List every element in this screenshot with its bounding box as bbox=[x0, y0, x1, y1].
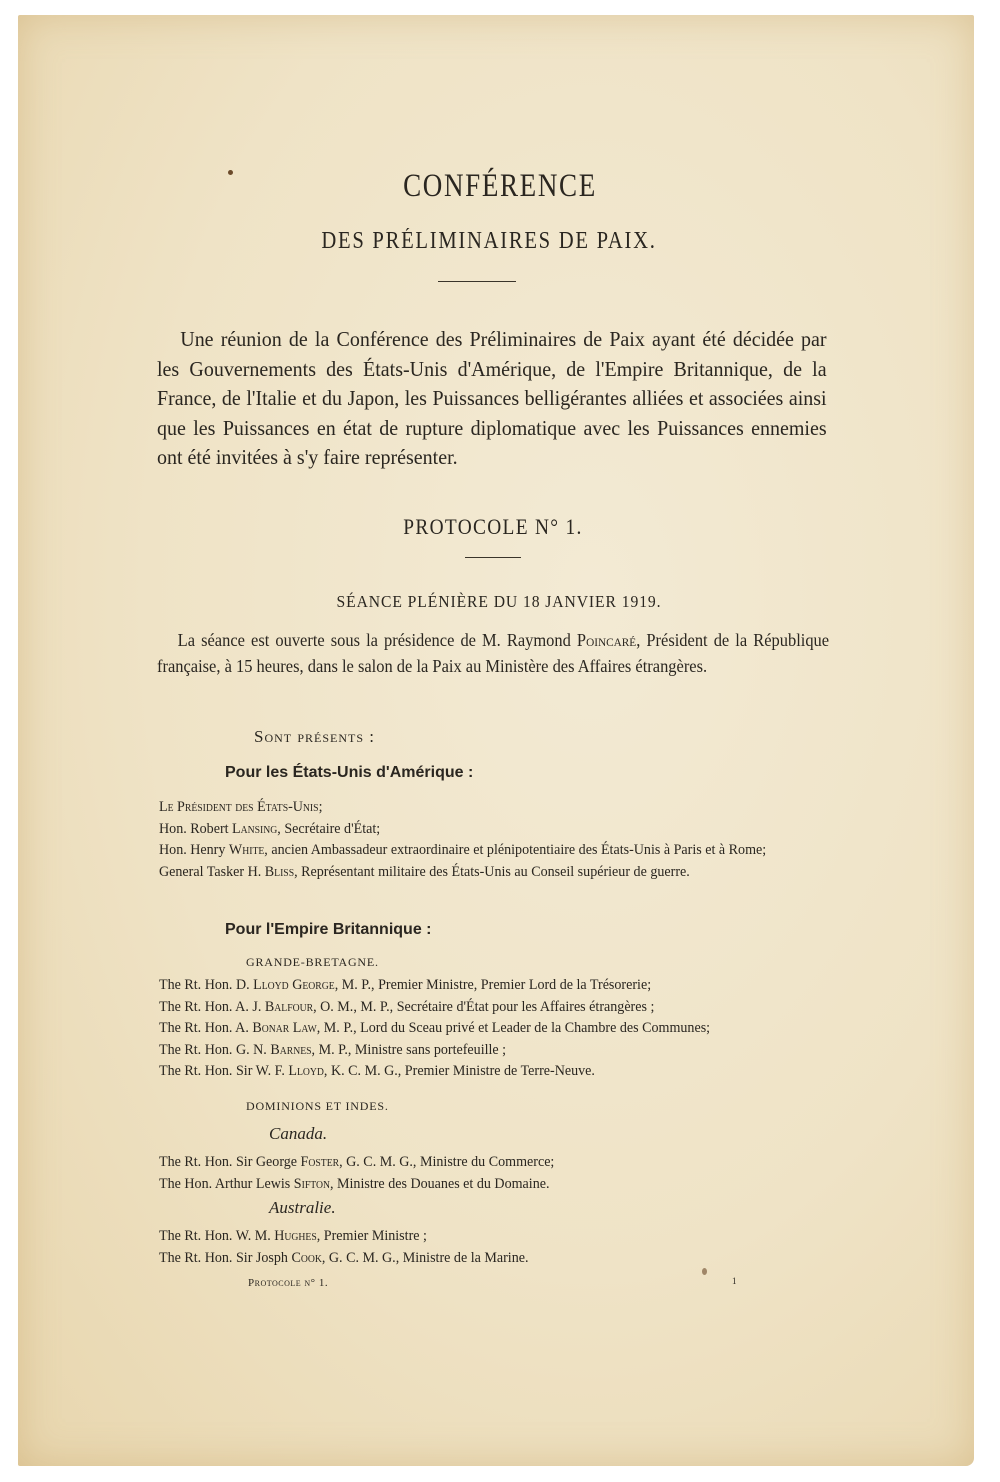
delegate-entry: The Rt. Hon. Sir W. F. Lloyd, K. C. M. G… bbox=[159, 1061, 828, 1083]
delegate-entry: The Rt. Hon. D. Lloyd George, M. P., Pre… bbox=[159, 975, 828, 997]
great-britain-delegates: The Rt. Hon. D. Lloyd George, M. P., Pre… bbox=[159, 975, 828, 1083]
delegate-entry: The Rt. Hon. W. M. Hughes, Premier Minis… bbox=[159, 1226, 828, 1248]
document-title: CONFÉRENCE bbox=[90, 168, 910, 205]
delegate-entry: The Rt. Hon. A. J. Balfour, O. M., M. P.… bbox=[159, 997, 828, 1019]
delegate-entry: The Hon. Arthur Lewis Sifton, Ministre d… bbox=[159, 1174, 828, 1196]
page-number: 1 bbox=[732, 1276, 737, 1286]
great-britain-heading: GRANDE-BRETAGNE. bbox=[246, 955, 379, 970]
present-heading: Sont présents : bbox=[254, 727, 375, 747]
footer-label: Protocole n° 1. bbox=[248, 1277, 328, 1289]
seance-heading: SÉANCE PLÉNIÈRE DU 18 JANVIER 1919. bbox=[40, 592, 958, 612]
delegate-entry: The Rt. Hon. Sir Josph Cook, G. C. M. G.… bbox=[159, 1248, 828, 1270]
usa-delegates: Le Président des États-Unis; Hon. Robert… bbox=[159, 797, 828, 883]
dominions-heading: DOMINIONS ET INDES. bbox=[246, 1099, 389, 1114]
divider bbox=[438, 281, 516, 282]
opening-paragraph: La séance est ouverte sous la présidence… bbox=[157, 627, 829, 679]
delegate-entry: Hon. Robert Lansing, Secrétaire d'État; bbox=[159, 819, 828, 841]
australia-delegates: The Rt. Hon. W. M. Hughes, Premier Minis… bbox=[159, 1226, 828, 1269]
british-heading: Pour l'Empire Britannique : bbox=[225, 921, 432, 939]
intro-paragraph: Une réunion de la Conférence des Prélimi… bbox=[157, 325, 827, 473]
delegate-entry: General Tasker H. Bliss, Représentant mi… bbox=[159, 862, 828, 884]
delegate-entry: The Rt. Hon. Sir George Foster, G. C. M.… bbox=[159, 1152, 828, 1174]
delegate-entry: Hon. Henry White, ancien Ambassadeur ext… bbox=[159, 840, 828, 862]
canada-heading: Canada. bbox=[269, 1124, 327, 1144]
paper-speck bbox=[702, 1268, 707, 1275]
australia-heading: Australie. bbox=[269, 1198, 336, 1218]
president-name: Poincaré bbox=[577, 630, 636, 650]
delegate-entry: The Rt. Hon. A. Bonar Law, M. P., Lord d… bbox=[159, 1018, 828, 1040]
divider bbox=[465, 557, 521, 558]
delegate-entry: Le Président des États-Unis; bbox=[159, 797, 828, 819]
canada-delegates: The Rt. Hon. Sir George Foster, G. C. M.… bbox=[159, 1152, 828, 1195]
document-subtitle: DES PRÉLIMINAIRES DE PAIX. bbox=[68, 228, 909, 255]
delegate-entry: The Rt. Hon. G. N. Barnes, M. P., Minist… bbox=[159, 1040, 828, 1062]
usa-heading: Pour les États-Unis d'Amérique : bbox=[225, 764, 473, 782]
protocole-heading: PROTOCOLE N° 1. bbox=[59, 514, 927, 540]
